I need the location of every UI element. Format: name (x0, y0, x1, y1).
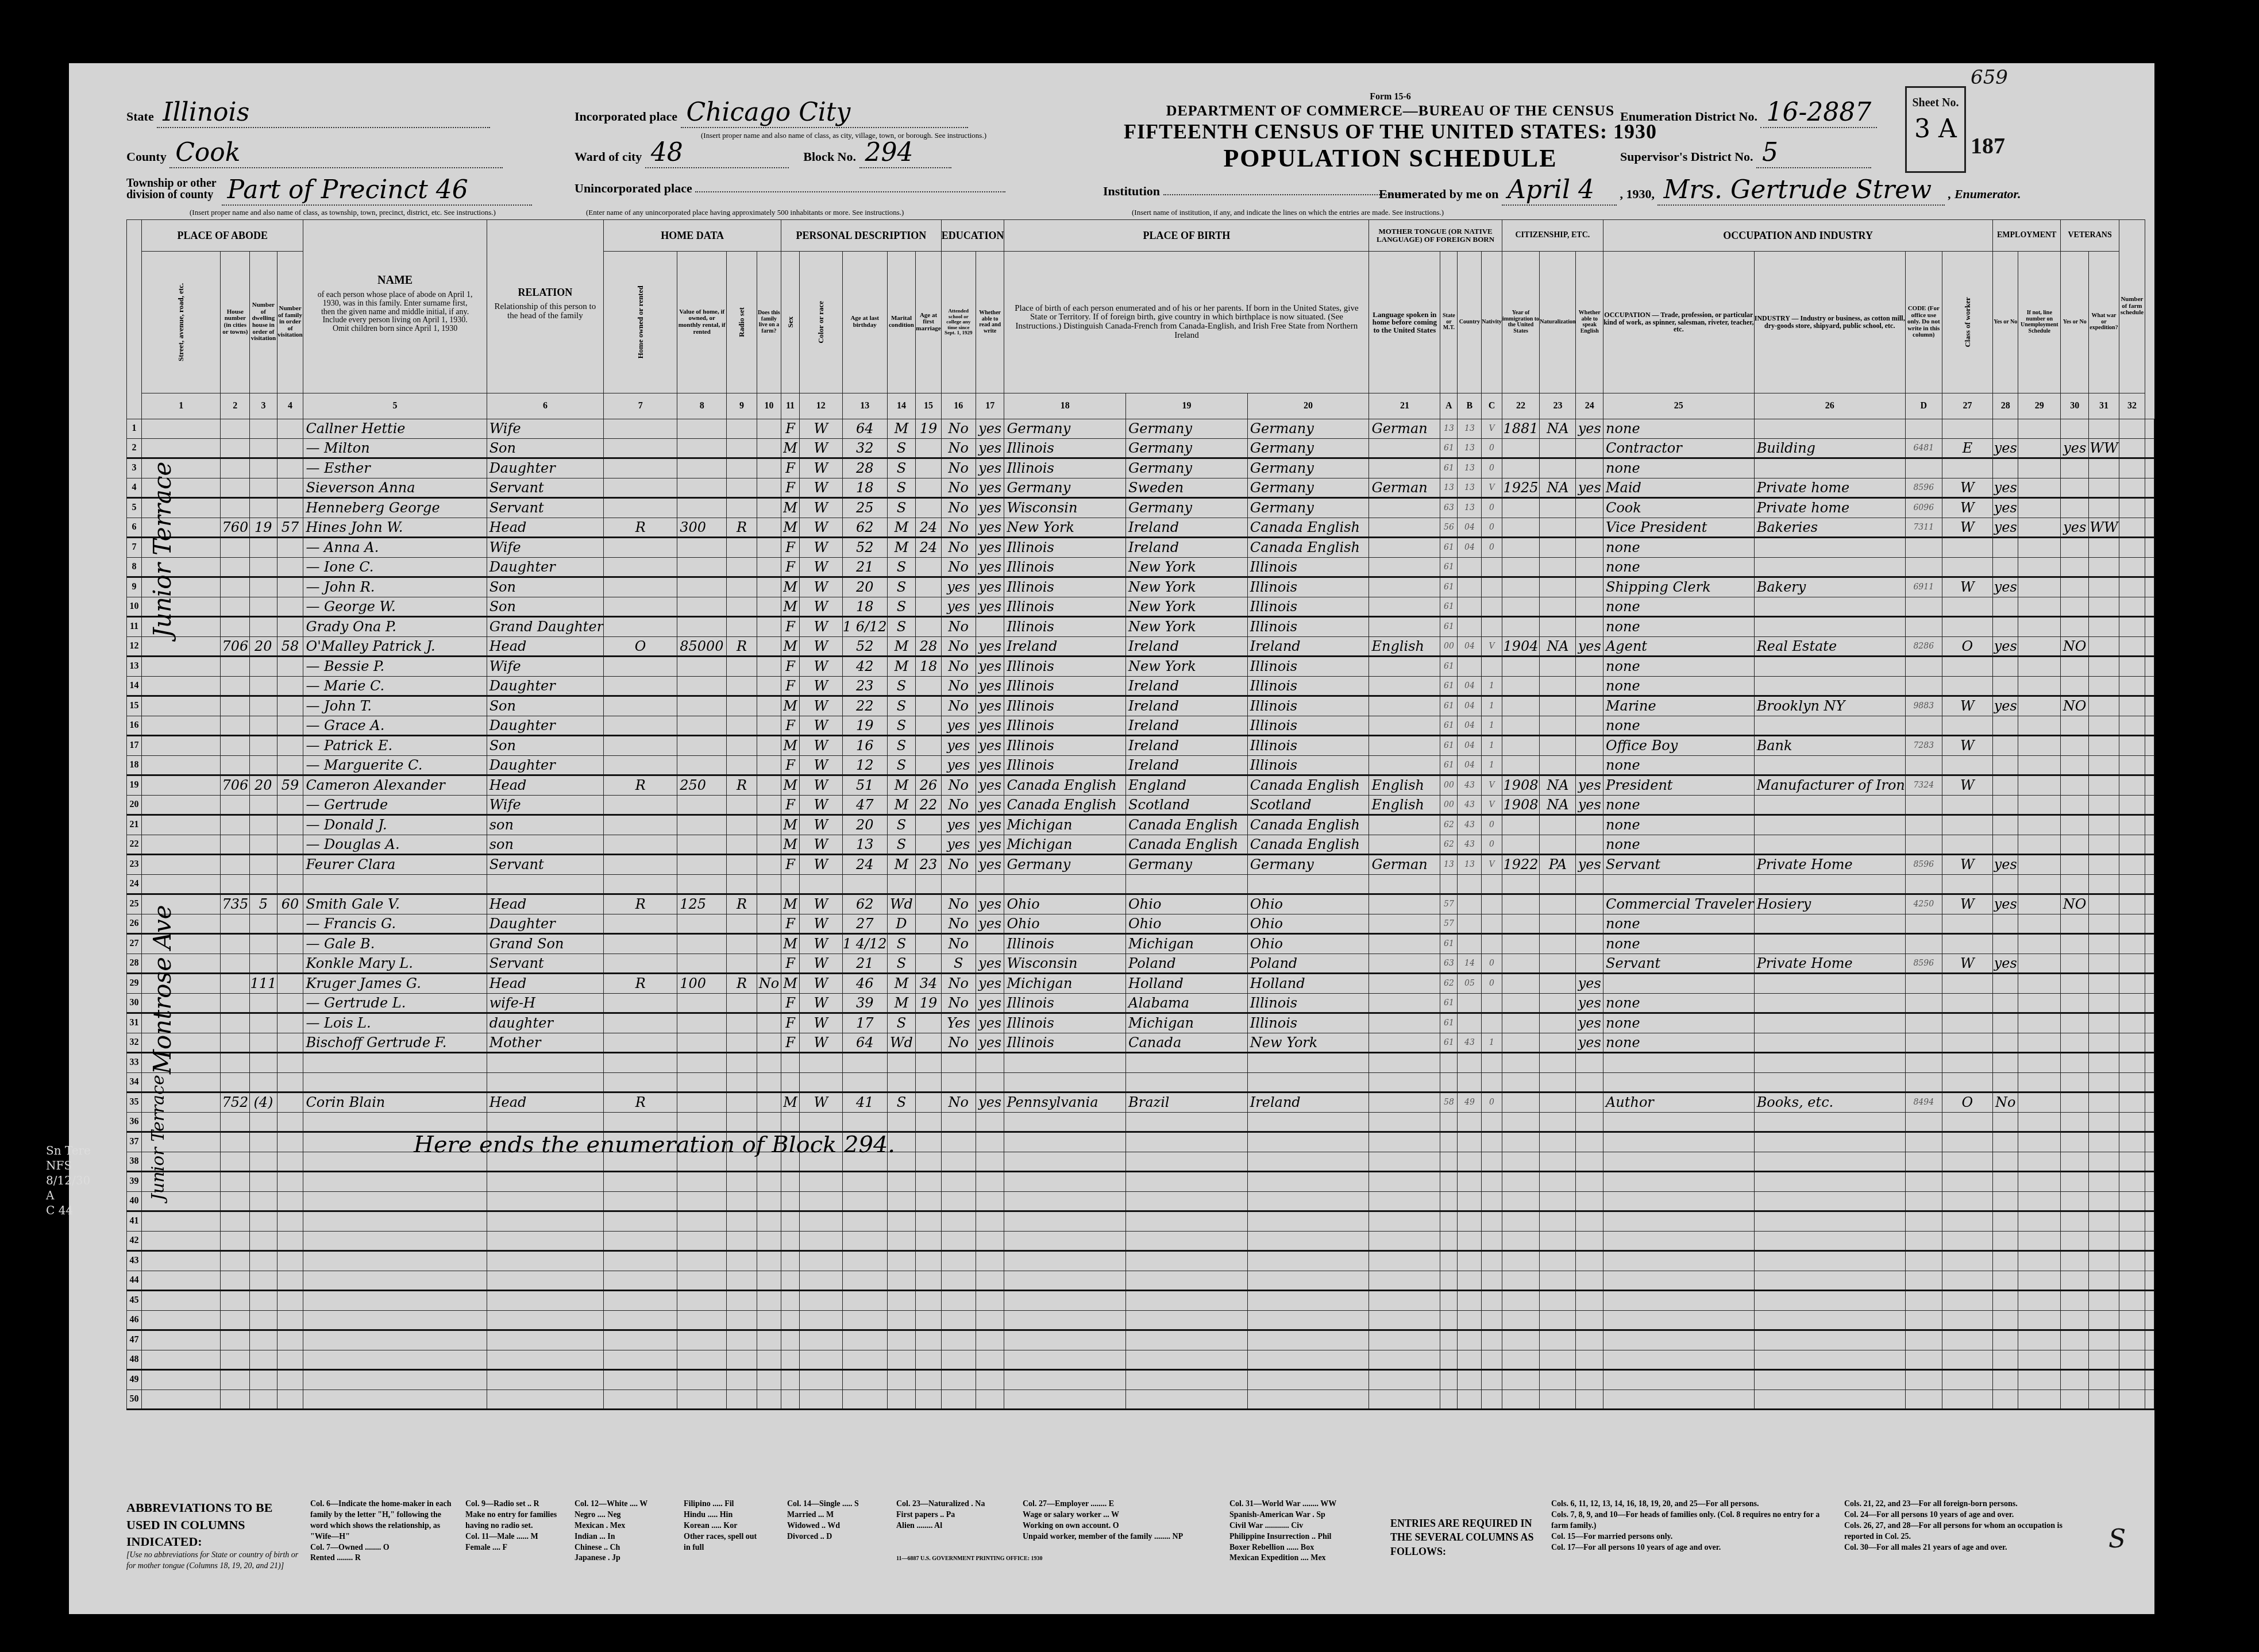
empty-cell (277, 1172, 303, 1192)
cell-own (604, 914, 677, 934)
cell-father: Poland (1126, 954, 1248, 974)
cell-age: 18 (842, 478, 887, 498)
empty-cell (916, 1172, 941, 1192)
title-block: Form 15-6 DEPARTMENT OF COMMERCE—BUREAU … (1074, 92, 1706, 173)
cell-school: No (941, 974, 976, 994)
cell-value: 125 (677, 894, 727, 914)
cell-relation: Servant (487, 498, 604, 518)
empty-cell (1458, 1370, 1482, 1390)
empty-cell (2119, 1132, 2145, 1152)
empty-cell (1905, 1310, 1942, 1330)
cell-name (303, 1053, 487, 1073)
empty-cell (2145, 1389, 2154, 1410)
cell-sex: F (781, 855, 800, 875)
cell-race (799, 1072, 842, 1093)
cell-occ: none (1603, 993, 1755, 1013)
empty-cell (941, 1132, 976, 1152)
empty-cell (2018, 1389, 2061, 1410)
cell-own (604, 954, 677, 974)
schedule-title: POPULATION SCHEDULE (1074, 144, 1706, 173)
cell-race: W (799, 617, 842, 637)
cell-school: No (941, 914, 976, 934)
cell-tongue (1369, 1013, 1440, 1033)
empty-cell (2119, 1093, 2145, 1113)
cell-age_marr (916, 1033, 941, 1053)
cell-farm (757, 577, 781, 597)
cell-war (2089, 498, 2119, 518)
cell-code (1905, 1053, 1942, 1073)
cell-mother (1247, 874, 1369, 894)
col-10-header: Does this family live on a farm? (757, 252, 781, 393)
empty-cell (1247, 1330, 1369, 1350)
cell-farm: No (757, 974, 781, 994)
empty-cell (2119, 974, 2145, 994)
cell-age: 42 (842, 657, 887, 677)
empty-cell (1502, 1191, 1540, 1211)
empty-cell (1993, 1291, 2018, 1311)
cell-dwelling (250, 1033, 277, 1053)
abbrev-col12: Col. 12—White .... WNegro .... NegMexica… (575, 1499, 647, 1564)
cell-age: 41 (842, 1093, 887, 1113)
cell-unemp (2018, 974, 2061, 994)
group-personal: PERSONAL DESCRIPTION (781, 220, 942, 252)
cell-work (1993, 716, 2018, 736)
cell-imm (1502, 736, 1540, 756)
cell-c: 1 (1482, 736, 1502, 756)
cell-family (277, 557, 303, 577)
empty-cell (941, 1231, 976, 1251)
line-number: 46 (127, 1310, 142, 1330)
state-value: Illinois (157, 98, 490, 128)
cell-birth: Michigan (1004, 974, 1126, 994)
cell-vet: yes (2061, 438, 2089, 458)
cell-birth: Illinois (1004, 716, 1126, 736)
empty-cell (1126, 1112, 1248, 1132)
cell-war (2089, 696, 2119, 716)
cell-b: 04 (1458, 636, 1482, 657)
cell-own: R (604, 775, 677, 796)
cell-marital: S (887, 438, 916, 458)
cell-nat (1540, 676, 1576, 696)
cell-value (677, 1013, 727, 1033)
empty-cell (604, 1231, 677, 1251)
empty-cell (976, 1152, 1004, 1172)
cell-occ: none (1603, 419, 1755, 439)
birth-note: Place of birth of each person enumerated… (1004, 252, 1369, 393)
cell-own (604, 736, 677, 756)
empty-cell (2119, 993, 2145, 1013)
cell-vet (2061, 1033, 2089, 1053)
cell-english (1576, 835, 1603, 855)
empty-cell (1369, 1152, 1440, 1172)
empty-cell (677, 1172, 727, 1192)
empty-cell (1754, 1191, 1905, 1211)
empty-cell (1754, 1291, 1905, 1311)
cell-ind (1754, 815, 1905, 835)
empty-cell (757, 1231, 781, 1251)
line-number: 15 (127, 696, 142, 716)
cell-house (221, 815, 250, 835)
empty-cell (303, 1389, 487, 1410)
cell-c (1482, 657, 1502, 677)
cell-unemp (2018, 855, 2061, 875)
cell-school: No (941, 1093, 976, 1113)
empty-cell (1603, 1330, 1755, 1350)
cell-unemp (2018, 458, 2061, 478)
cell-imm (1502, 557, 1540, 577)
cell-imm (1502, 676, 1540, 696)
empty-cell (2145, 736, 2154, 756)
empty-cell (1993, 1172, 2018, 1192)
cell-mother: Germany (1247, 498, 1369, 518)
cell-work (1993, 538, 2018, 558)
cell-marital: S (887, 478, 916, 498)
cell-radio (727, 874, 757, 894)
department: DEPARTMENT OF COMMERCE—BUREAU OF THE CEN… (1074, 102, 1706, 119)
cell-cls (1942, 458, 1992, 478)
empty-cell (677, 1251, 727, 1271)
empty-cell (2018, 1132, 2061, 1152)
empty-cell (2145, 458, 2154, 478)
empty-cell (1458, 1291, 1482, 1311)
empty-cell (604, 1191, 677, 1211)
cell-birth: Pennsylvania (1004, 1093, 1126, 1113)
cell-relation: Mother (487, 1033, 604, 1053)
empty-cell (1126, 1370, 1248, 1390)
cell-value (677, 438, 727, 458)
cell-cls: W (1942, 696, 1992, 716)
empty-cell (277, 1350, 303, 1370)
col-30-header: Yes or No (2061, 252, 2089, 393)
abbrev-title-block: ABBREVIATIONS TO BE USED IN COLUMNS INDI… (126, 1499, 299, 1572)
cell-value (677, 478, 727, 498)
cell-war (2089, 755, 2119, 775)
line-number: 32 (127, 1033, 142, 1053)
empty-cell (1540, 1132, 1576, 1152)
cell-school: No (941, 696, 976, 716)
cell-cls: W (1942, 518, 1992, 538)
table-row: 25735560Smith Gale V.HeadR125RMW62WdNoye… (127, 894, 2154, 914)
cell-war (2089, 736, 2119, 756)
cell-vet (2061, 538, 2089, 558)
cell-age_marr (916, 716, 941, 736)
cell-farm (757, 636, 781, 657)
line-number: 8 (127, 557, 142, 577)
cell-dwelling (250, 577, 277, 597)
empty-cell (1247, 1389, 1369, 1410)
cell-vet (2061, 557, 2089, 577)
col-31-header: What war or expedition? (2089, 252, 2119, 393)
cell-name (303, 874, 487, 894)
cell-name: Corin Blain (303, 1093, 487, 1113)
empty-cell (757, 1112, 781, 1132)
cell-house: 760 (221, 518, 250, 538)
cell-relation: Head (487, 775, 604, 796)
cell-value (677, 835, 727, 855)
cell-relation: Wife (487, 538, 604, 558)
cell-value (677, 1053, 727, 1073)
cell-c: V (1482, 419, 1502, 439)
cell-ind: Manufacturer of Iron (1754, 775, 1905, 796)
cell-farm (757, 993, 781, 1013)
empty-cell (887, 1389, 916, 1410)
cell-value (677, 815, 727, 835)
cell-marital: M (887, 855, 916, 875)
cell-race: W (799, 1033, 842, 1053)
cell-war (2089, 419, 2119, 439)
empty-cell (1754, 1251, 1905, 1271)
empty-cell (1440, 1389, 1458, 1410)
cell-ind (1754, 914, 1905, 934)
cell-cls: O (1942, 636, 1992, 657)
cell-b (1458, 597, 1482, 617)
cell-farm (757, 498, 781, 518)
cell-b (1458, 1072, 1482, 1093)
cell-family (277, 1093, 303, 1113)
cell-imm: 1922 (1502, 855, 1540, 875)
cell-school: No (941, 993, 976, 1013)
cell-sex: F (781, 478, 800, 498)
empty-cell (221, 1231, 250, 1251)
empty-cell (1603, 1152, 1755, 1172)
empty-cell (277, 1271, 303, 1291)
table-row: 16— Grace A.DaughterFW19SyesyesIllinoisI… (127, 716, 2154, 736)
cell-age_marr: 19 (916, 993, 941, 1013)
cell-birth (1004, 874, 1126, 894)
cell-work: yes (1993, 498, 2018, 518)
cell-race: W (799, 597, 842, 617)
empty-cell (2061, 1291, 2089, 1311)
cell-read: yes (976, 696, 1004, 716)
cell-code (1905, 1033, 1942, 1053)
cell-code: 8596 (1905, 954, 1942, 974)
cell-read: yes (976, 498, 1004, 518)
cell-own (604, 438, 677, 458)
cell-c: 1 (1482, 755, 1502, 775)
empty-cell (221, 1370, 250, 1390)
empty-cell (1126, 1172, 1248, 1192)
col-4-header: Number of family in order of visitation (277, 252, 303, 393)
empty-cell (277, 1132, 303, 1152)
cell-school: No (941, 617, 976, 637)
cell-work (1993, 657, 2018, 677)
empty-cell (757, 1291, 781, 1311)
cell-dwelling (250, 438, 277, 458)
cell-english (1576, 755, 1603, 775)
cell-father (1126, 1072, 1248, 1093)
street-cell (142, 716, 221, 736)
col-29-header: If not, line number on Unemployment Sche… (2018, 252, 2061, 393)
cell-family: 59 (277, 775, 303, 796)
cell-school (941, 1072, 976, 1093)
cell-birth (1004, 1053, 1126, 1073)
table-row: 48 (127, 1350, 2154, 1370)
col-7-header: Home owned or rented (604, 252, 677, 393)
cell-dwelling (250, 478, 277, 498)
empty-cell (1754, 1330, 1905, 1350)
cell-house (221, 835, 250, 855)
cell-b (1458, 934, 1482, 954)
cell-cls (1942, 934, 1992, 954)
cell-value (677, 755, 727, 775)
cell-family (277, 934, 303, 954)
cell-sex: M (781, 597, 800, 617)
empty-cell (2145, 855, 2154, 875)
empty-cell (1482, 1271, 1502, 1291)
abbrev-col6-7: Col. 6—Indicate the home-maker in each f… (310, 1499, 454, 1564)
cell-imm (1502, 894, 1540, 914)
cell-value (677, 676, 727, 696)
cell-relation: Grand Son (487, 934, 604, 954)
cell-school: No (941, 795, 976, 815)
empty-cell (1004, 1152, 1126, 1172)
cell-nat (1540, 934, 1576, 954)
empty-cell (1458, 1211, 1482, 1232)
cell-ind (1754, 1033, 1905, 1053)
empty-cell (2061, 1310, 2089, 1330)
cell-family (277, 1033, 303, 1053)
cell-name: Konkle Mary L. (303, 954, 487, 974)
empty-cell (799, 1271, 842, 1291)
state-field: State Illinois (126, 98, 490, 128)
cell-read: yes (976, 419, 1004, 439)
cell-occ: none (1603, 815, 1755, 835)
township-field: Township or other division of county Par… (126, 175, 532, 206)
empty-cell (277, 1291, 303, 1311)
cell-code (1905, 538, 1942, 558)
cell-mother: Canada English (1247, 538, 1369, 558)
col-14-header: Marital condition (887, 252, 916, 393)
table-row: 127062058O'Malley Patrick J.HeadO85000RM… (127, 636, 2154, 657)
empty-cell (250, 1310, 277, 1330)
cell-age: 24 (842, 855, 887, 875)
cell-race: W (799, 498, 842, 518)
cell-radio (727, 478, 757, 498)
cell-c: 1 (1482, 716, 1502, 736)
cell-dwelling: 19 (250, 518, 277, 538)
empty-cell (2145, 636, 2154, 657)
cell-b: 43 (1458, 1033, 1482, 1053)
empty-cell (2061, 1330, 2089, 1350)
line-number: 3 (127, 458, 142, 478)
cell-own (604, 419, 677, 439)
cell-code: 8286 (1905, 636, 1942, 657)
empty-cell (1126, 1211, 1248, 1232)
cell-dwelling (250, 1072, 277, 1093)
cell-cls (1942, 1072, 1992, 1093)
cell-b: 04 (1458, 736, 1482, 756)
cell-a: 61 (1440, 1013, 1458, 1033)
empty-cell (1482, 1291, 1502, 1311)
cell-age: 32 (842, 438, 887, 458)
cell-value: 300 (677, 518, 727, 538)
col-1-header: Street, avenue, road, etc. (142, 252, 221, 393)
empty-cell (1482, 1172, 1502, 1192)
cell-nat (1540, 617, 1576, 637)
cell-own (604, 676, 677, 696)
empty-cell (1905, 1172, 1942, 1192)
cell-unemp (2018, 419, 2061, 439)
cell-father: Scotland (1126, 795, 1248, 815)
cell-family: 58 (277, 636, 303, 657)
cell-a: 00 (1440, 775, 1458, 796)
table-row: 11Grady Ona P.Grand DaughterFW1 6/12SNoI… (127, 617, 2154, 637)
cell-own (604, 716, 677, 736)
cell-b (1458, 617, 1482, 637)
cell-a: 61 (1440, 657, 1458, 677)
cell-cls: W (1942, 855, 1992, 875)
table-row: 46 (127, 1310, 2154, 1330)
incorporated-value: Chicago City (681, 98, 968, 128)
empty-cell (2145, 993, 2154, 1013)
cell-value (677, 538, 727, 558)
street-name-junior-terrace: Junior Terrace (148, 462, 176, 638)
cell-tongue (1369, 1072, 1440, 1093)
empty-cell (757, 1310, 781, 1330)
cell-birth: Germany (1004, 478, 1126, 498)
empty-cell (1440, 1132, 1458, 1152)
cell-birth: Illinois (1004, 1033, 1126, 1053)
cell-unemp (2018, 835, 2061, 855)
cell-house: 735 (221, 894, 250, 914)
empty-cell (2119, 1271, 2145, 1291)
cell-marital: S (887, 577, 916, 597)
empty-cell (757, 1370, 781, 1390)
cell-vet (2061, 419, 2089, 439)
cell-farm (757, 954, 781, 974)
cell-nat (1540, 716, 1576, 736)
cell-family (277, 538, 303, 558)
empty-cell (842, 1172, 887, 1192)
empty-cell (1440, 1172, 1458, 1192)
empty-cell (1004, 1112, 1126, 1132)
cell-house: 706 (221, 636, 250, 657)
cell-farm (757, 438, 781, 458)
cell-race: W (799, 795, 842, 815)
cell-a: 58 (1440, 1093, 1458, 1113)
cell-name: — George W. (303, 597, 487, 617)
cell-race: W (799, 676, 842, 696)
cell-c: 0 (1482, 458, 1502, 478)
empty-cell (842, 1389, 887, 1410)
cell-mother: Ohio (1247, 894, 1369, 914)
empty-cell (2089, 1389, 2119, 1410)
cell-b (1458, 1013, 1482, 1033)
cell-c: V (1482, 775, 1502, 796)
cell-age: 28 (842, 458, 887, 478)
empty-cell (781, 1231, 800, 1251)
empty-cell (1993, 1152, 2018, 1172)
empty-cell (1004, 1271, 1126, 1291)
empty-cell (1905, 1211, 1942, 1232)
line-number: 50 (127, 1389, 142, 1410)
empty-cell (604, 1172, 677, 1192)
cell-sex: F (781, 538, 800, 558)
empty-cell (1482, 1251, 1502, 1271)
cell-school: S (941, 954, 976, 974)
empty-cell (941, 1112, 976, 1132)
cell-family (277, 993, 303, 1013)
empty-cell (1247, 1310, 1369, 1330)
cell-war (2089, 538, 2119, 558)
cell-read: yes (976, 736, 1004, 756)
cell-nat (1540, 577, 1576, 597)
cell-nat (1540, 954, 1576, 974)
cell-farm (757, 538, 781, 558)
cell-radio (727, 657, 757, 677)
empty-cell (976, 1350, 1004, 1370)
empty-cell (1126, 1191, 1248, 1211)
